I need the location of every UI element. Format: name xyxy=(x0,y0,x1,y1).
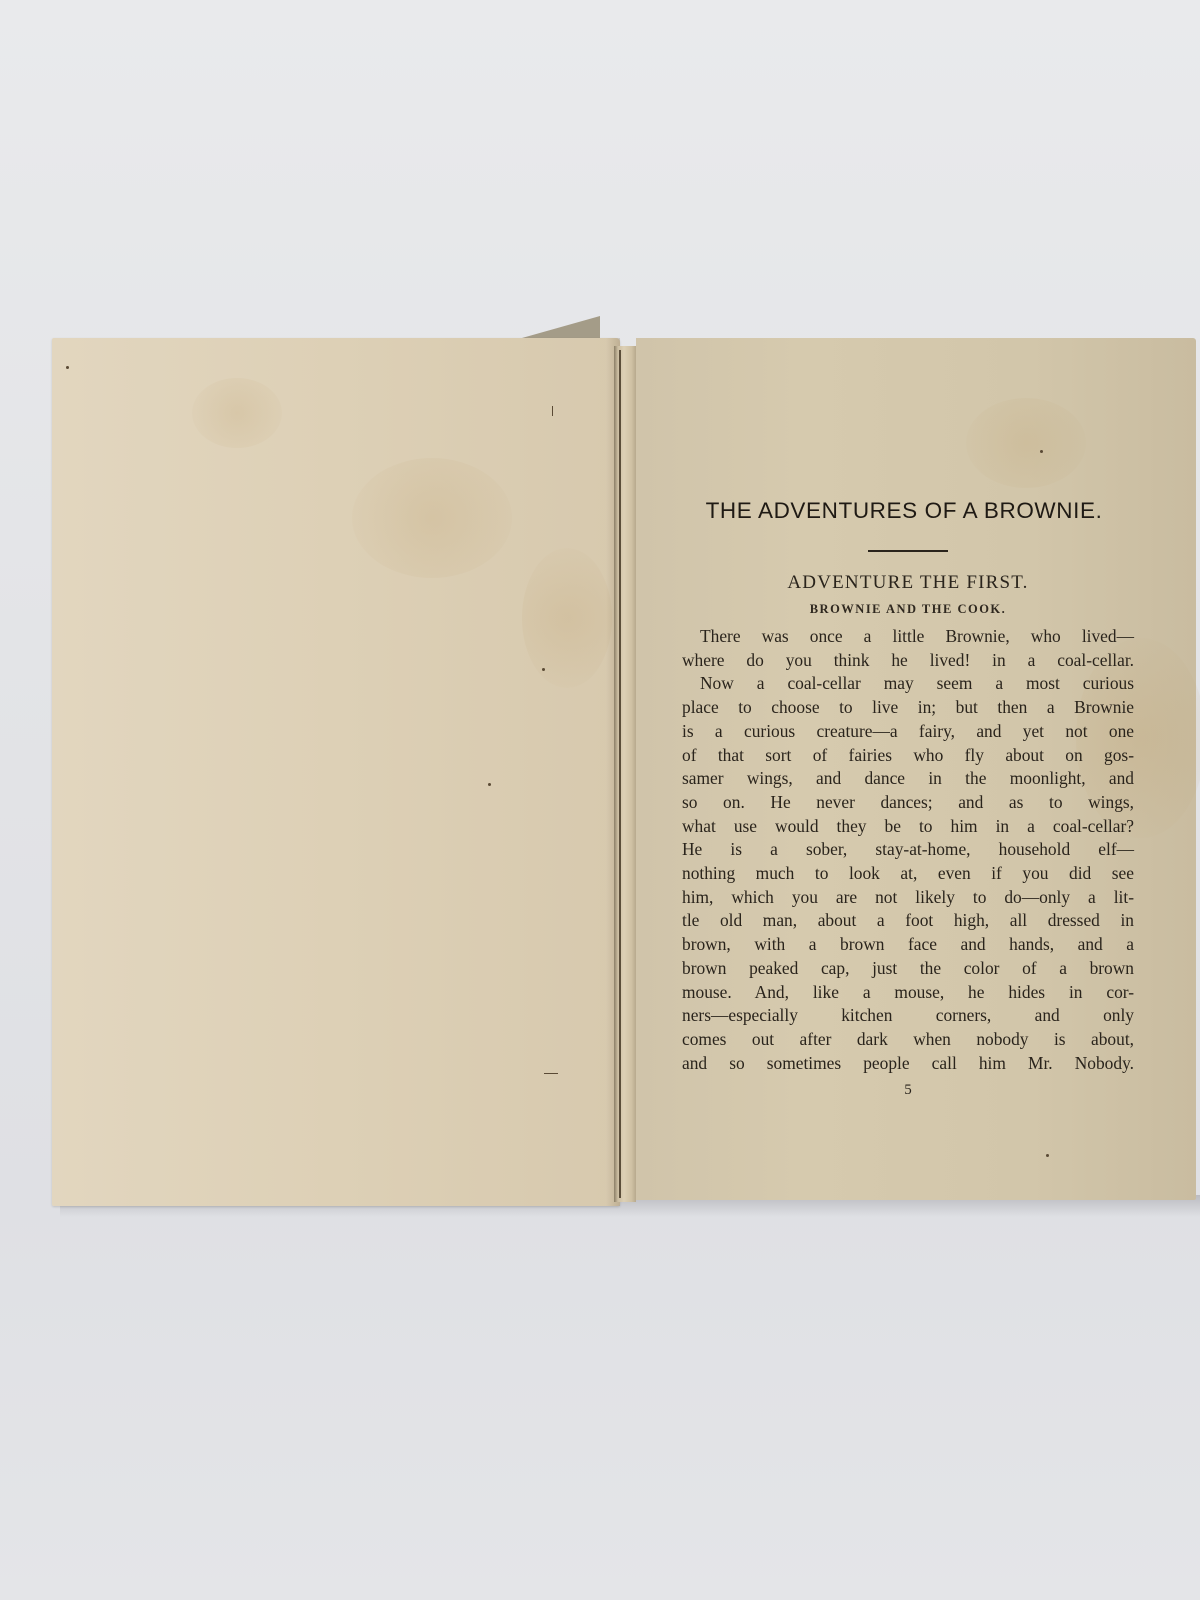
text-line: what use would they be to him in a coal-… xyxy=(682,815,1134,839)
paper-speck xyxy=(552,406,553,416)
paper-speck xyxy=(66,366,69,369)
title-rule-divider xyxy=(868,550,948,552)
text-line: samer wings, and dance in the moonlight,… xyxy=(682,767,1134,791)
text-line: tle old man, about a foot high, all dres… xyxy=(682,909,1134,933)
text-line: brown peaked cap, just the color of a br… xyxy=(682,957,1134,981)
page-text-block: THE ADVENTURES OF A BROWNIE. ADVENTURE T… xyxy=(682,498,1134,1075)
paper-speck xyxy=(1046,1154,1049,1157)
paper-stain xyxy=(352,458,512,578)
text-line: Now a coal-cellar may seem a most curiou… xyxy=(682,672,1134,696)
text-line: brown, with a brown face and hands, and … xyxy=(682,933,1134,957)
chapter-heading: ADVENTURE THE FIRST. xyxy=(682,572,1134,594)
text-line: There was once a little Brownie, who liv… xyxy=(682,625,1134,649)
text-line: place to choose to live in; but then a B… xyxy=(682,696,1134,720)
page-number: 5 xyxy=(682,1082,1134,1099)
book-spine xyxy=(614,346,636,1202)
spine-gutter-line xyxy=(619,350,621,1198)
text-line: comes out after dark when nobody is abou… xyxy=(682,1028,1134,1052)
text-line: him, which you are not likely to do—only… xyxy=(682,886,1134,910)
left-page-blank xyxy=(52,338,620,1206)
text-line: of that sort of fairies who fly about on… xyxy=(682,744,1134,768)
book-cover-edge-top xyxy=(480,316,600,338)
text-line: He is a sober, stay-at-home, household e… xyxy=(682,838,1134,862)
paper-stain xyxy=(966,398,1086,488)
text-line: and so sometimes people call him Mr. Nob… xyxy=(682,1052,1134,1076)
paper-stain xyxy=(522,548,612,688)
text-line: where do you think he lived! in a coal-c… xyxy=(682,649,1134,673)
text-line: nothing much to look at, even if you did… xyxy=(682,862,1134,886)
text-line: ners—especially kitchen corners, and onl… xyxy=(682,1004,1134,1028)
text-line: mouse. And, like a mouse, he hides in co… xyxy=(682,981,1134,1005)
text-line: is a curious creature—a fairy, and yet n… xyxy=(682,720,1134,744)
chapter-subtitle: BROWNIE AND THE COOK. xyxy=(682,602,1134,617)
paper-speck xyxy=(1040,450,1043,453)
paper-stain xyxy=(192,378,282,448)
book-title: THE ADVENTURES OF A BROWNIE. xyxy=(674,498,1134,524)
text-line: so on. He never dances; and as to wings, xyxy=(682,791,1134,815)
right-page: THE ADVENTURES OF A BROWNIE. ADVENTURE T… xyxy=(636,338,1196,1200)
body-paragraphs: There was once a little Brownie, who liv… xyxy=(682,625,1134,1075)
paper-speck xyxy=(544,1073,558,1074)
paper-speck xyxy=(542,668,545,671)
paper-speck xyxy=(488,783,491,786)
